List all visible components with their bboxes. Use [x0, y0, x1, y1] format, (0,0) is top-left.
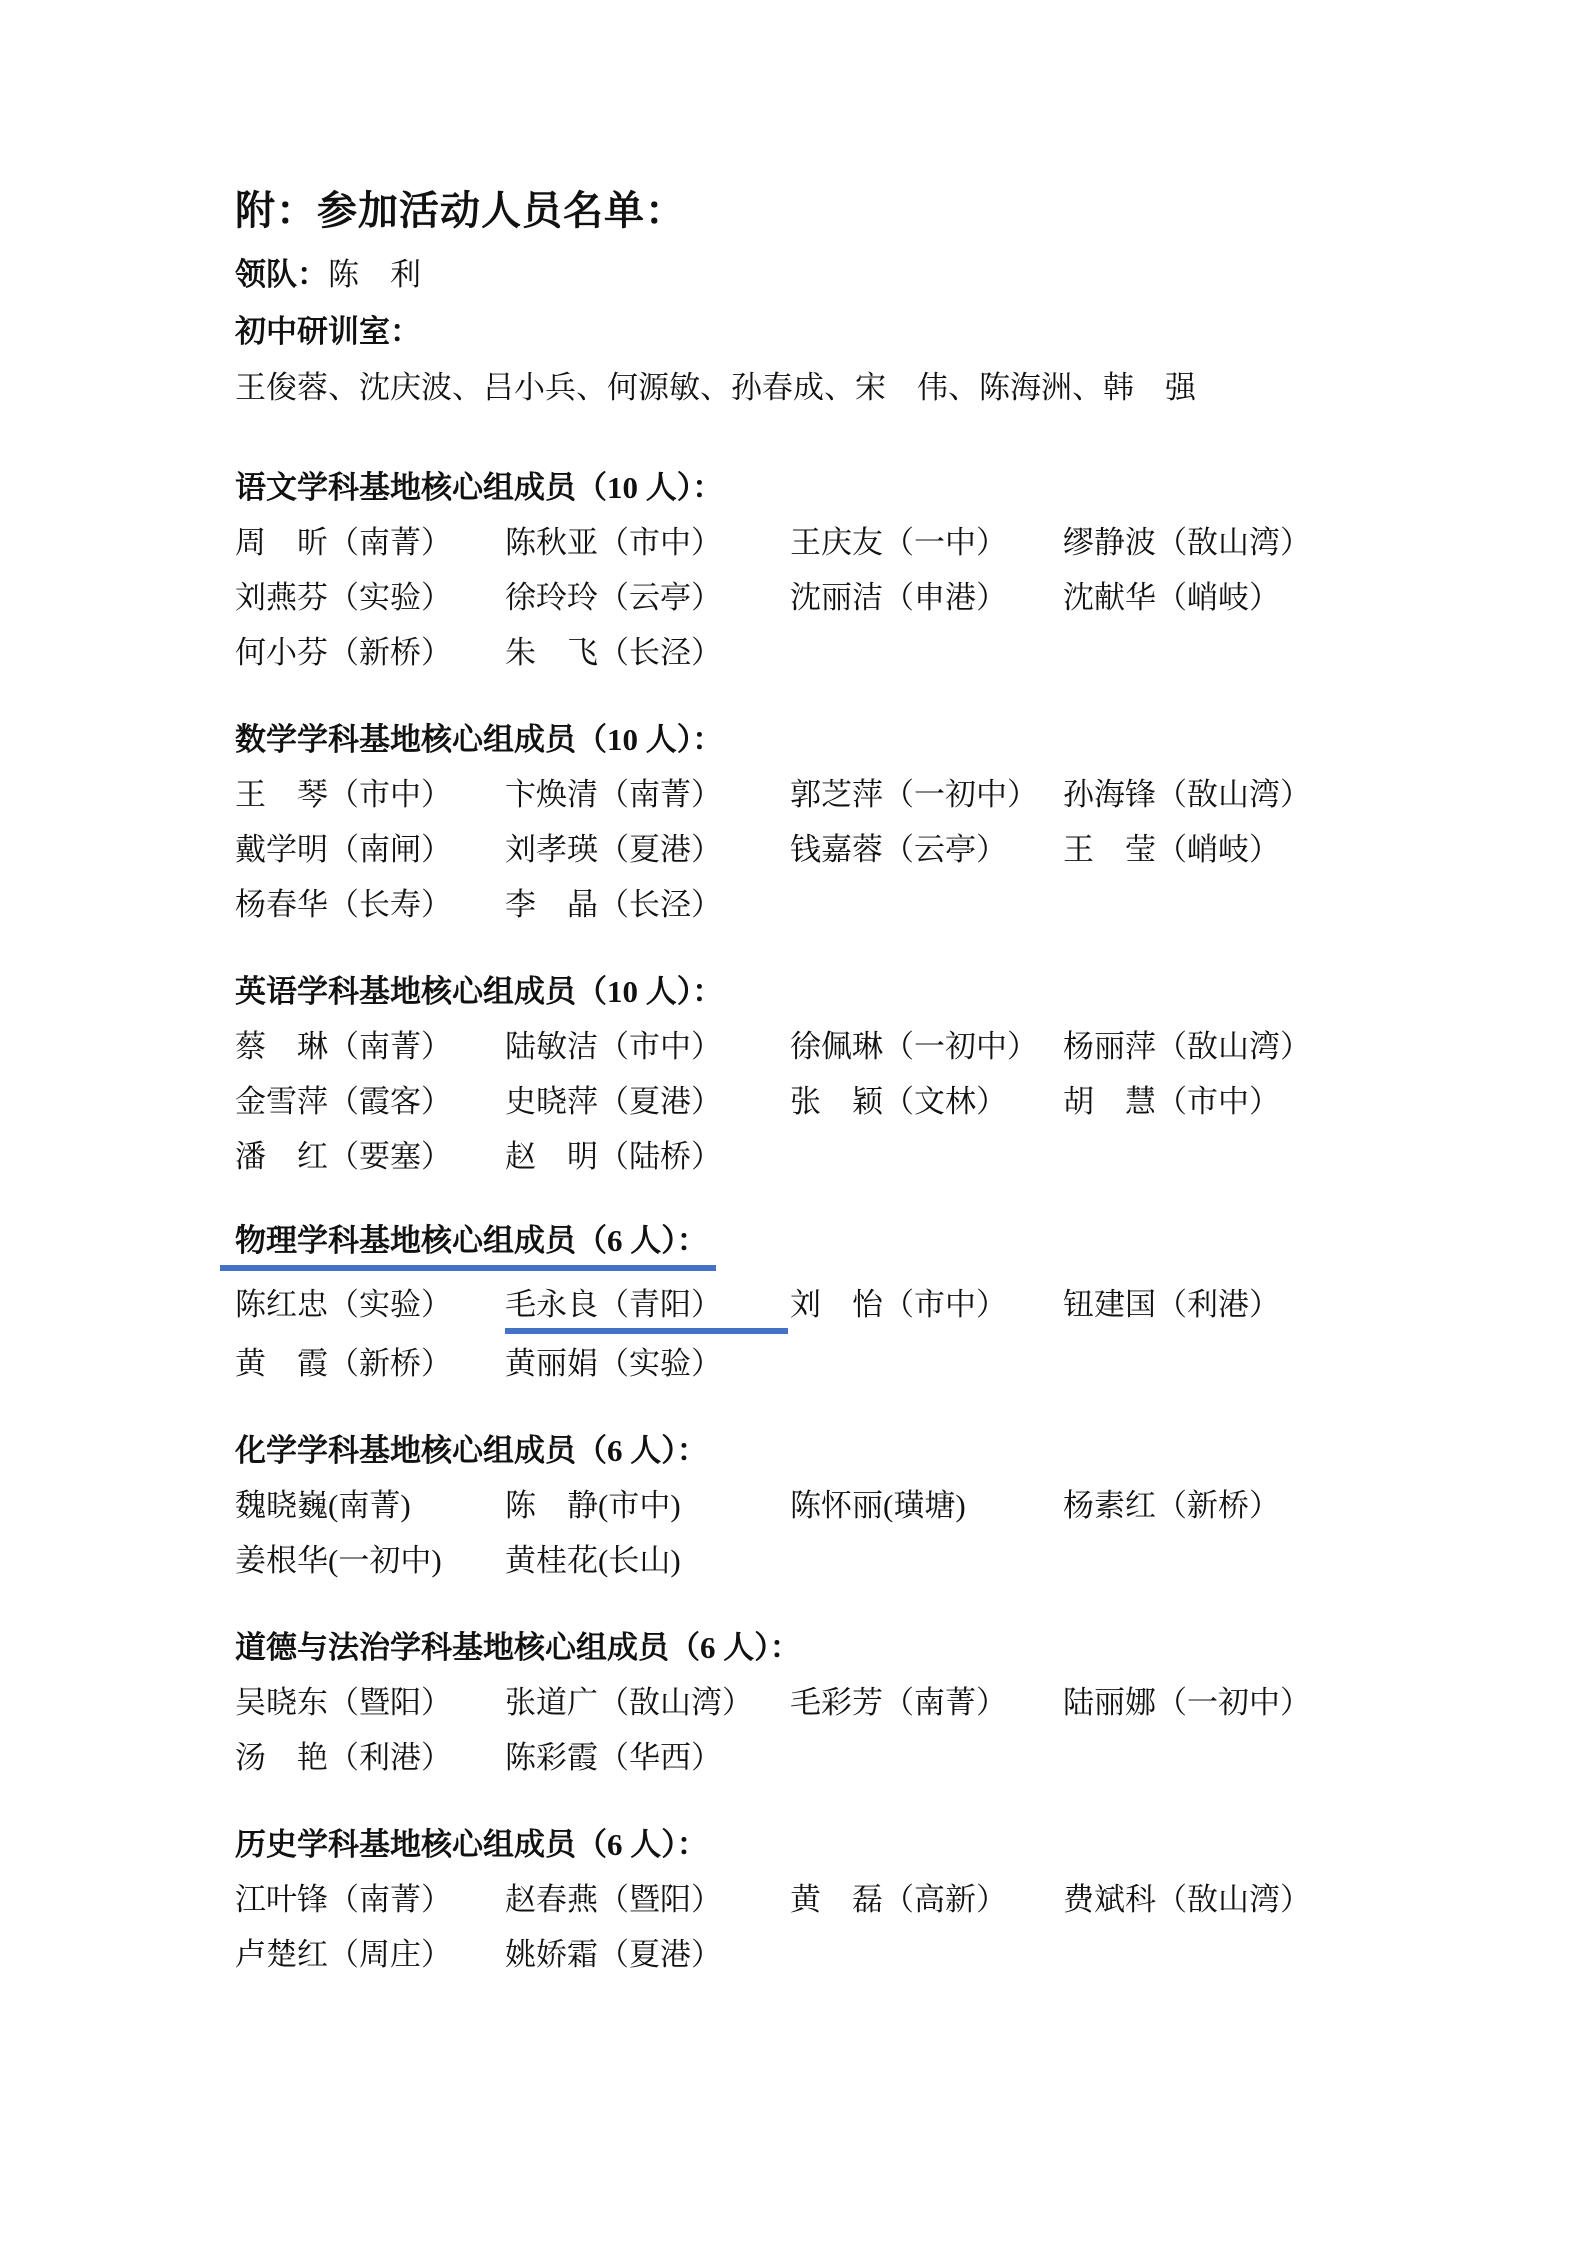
section-heading: 英语学科基地核心组成员（10 人）： [235, 964, 1468, 1019]
page-title: 附：参加活动人员名单： [235, 186, 1468, 236]
member-name: 王庆友（一中） [790, 525, 1007, 560]
member-cell: 钮建国（利港） [1063, 1277, 1468, 1336]
member-name: 沈丽洁（申港） [790, 580, 1007, 615]
member-name: 赵春燕（暨阳） [505, 1882, 722, 1917]
member-name: 孙海锋（敔山湾） [1063, 777, 1311, 812]
member-cell [1063, 1533, 1468, 1588]
member-row: 江叶锋（南菁）赵春燕（暨阳）黄 磊（高新）费斌科（敔山湾） [235, 1872, 1468, 1927]
member-cell: 戴学明（南闸） [235, 822, 505, 877]
member-cell: 何小芬（新桥） [235, 625, 505, 680]
member-cell: 蔡 琳（南菁） [235, 1019, 505, 1074]
member-name: 姜根华(一初中) [235, 1543, 442, 1578]
office-members: 王俊蓉、沈庆波、吕小兵、何源敏、孙春成、宋 伟、陈海洲、韩 强 [235, 365, 1468, 412]
member-cell: 黄 磊（高新） [790, 1872, 1063, 1927]
member-cell: 黄 霞（新桥） [235, 1336, 505, 1391]
member-row: 周 昕（南菁）陈秋亚（市中）王庆友（一中）缪静波（敔山湾） [235, 515, 1468, 570]
member-name: 何小芬（新桥） [235, 635, 452, 670]
member-name: 吴晓东（暨阳） [235, 1685, 452, 1720]
member-row: 刘燕芬（实验）徐玲玲（云亭）沈丽洁（申港）沈献华（峭岐） [235, 570, 1468, 625]
member-name: 杨素红（新桥） [1063, 1488, 1280, 1523]
member-cell [790, 1730, 1063, 1785]
member-row: 杨春华（长寿）李 晶（长泾） [235, 877, 1468, 932]
member-name: 史晓萍（夏港） [505, 1084, 722, 1119]
member-cell: 周 昕（南菁） [235, 515, 505, 570]
member-name: 毛彩芳（南菁） [790, 1685, 1007, 1720]
member-cell: 卢楚红（周庄） [235, 1927, 505, 1982]
member-cell: 史晓萍（夏港） [505, 1074, 790, 1129]
member-name: 刘 怡（市中） [790, 1287, 1007, 1322]
member-name: 张 颖（文林） [790, 1084, 1007, 1119]
member-name: 刘孝瑛（夏港） [505, 832, 722, 867]
member-cell: 李 晶（长泾） [505, 877, 790, 932]
member-cell: 卞焕清（南菁） [505, 767, 790, 822]
member-section: 历史学科基地核心组成员（6 人）：江叶锋（南菁）赵春燕（暨阳）黄 磊（高新）费斌… [235, 1817, 1468, 1982]
member-cell: 陆丽娜（一初中） [1063, 1675, 1468, 1730]
member-cell: 王 琴（市中） [235, 767, 505, 822]
member-cell: 王 莹（峭岐） [1063, 822, 1468, 877]
member-cell: 陆敏洁（市中） [505, 1019, 790, 1074]
member-cell: 陈怀丽(璜塘) [790, 1478, 1063, 1533]
member-name: 陈怀丽(璜塘) [790, 1488, 966, 1523]
member-cell [790, 1129, 1063, 1184]
member-name: 沈献华（峭岐） [1063, 580, 1280, 615]
member-row: 何小芬（新桥）朱 飞（长泾） [235, 625, 1468, 680]
member-cell: 汤 艳（利港） [235, 1730, 505, 1785]
member-cell: 赵 明（陆桥） [505, 1129, 790, 1184]
document-page: 附：参加活动人员名单： 领队：陈 利 初中研训室： 王俊蓉、沈庆波、吕小兵、何源… [0, 0, 1588, 2245]
member-cell: 陈红忠（实验） [235, 1277, 505, 1336]
member-name: 周 昕（南菁） [235, 525, 452, 560]
member-section: 英语学科基地核心组成员（10 人）：蔡 琳（南菁）陆敏洁（市中）徐佩琳（一初中）… [235, 964, 1468, 1184]
member-name: 王 莹（峭岐） [1063, 832, 1280, 867]
member-section: 数学学科基地核心组成员（10 人）：王 琴（市中）卞焕清（南菁）郭芝萍（一初中）… [235, 712, 1468, 932]
member-cell: 孙海锋（敔山湾） [1063, 767, 1468, 822]
member-cell: 毛彩芳（南菁） [790, 1675, 1063, 1730]
member-row: 魏晓巍(南菁)陈 静(市中)陈怀丽(璜塘)杨素红（新桥） [235, 1478, 1468, 1533]
member-section: 物理学科基地核心组成员（6 人）：陈红忠（实验）毛永良（青阳）刘 怡（市中）钮建… [235, 1184, 1468, 1391]
member-name: 黄 磊（高新） [790, 1882, 1007, 1917]
member-name: 陆敏洁（市中） [505, 1029, 722, 1064]
member-name: 张道广（敔山湾） [505, 1685, 753, 1720]
member-name: 陈彩霞（华西） [505, 1740, 722, 1775]
member-cell [790, 1336, 1063, 1391]
member-cell: 魏晓巍(南菁) [235, 1478, 505, 1533]
member-cell: 朱 飞（长泾） [505, 625, 790, 680]
member-name: 潘 红（要塞） [235, 1139, 452, 1174]
section-heading: 数学学科基地核心组成员（10 人）： [235, 712, 1468, 767]
member-cell: 沈丽洁（申港） [790, 570, 1063, 625]
member-cell: 王庆友（一中） [790, 515, 1063, 570]
member-name: 钮建国（利港） [1063, 1287, 1280, 1322]
section-heading: 历史学科基地核心组成员（6 人）： [235, 1817, 1468, 1872]
member-cell: 胡 慧（市中） [1063, 1074, 1468, 1129]
member-cell [1063, 625, 1468, 680]
member-cell: 杨丽萍（敔山湾） [1063, 1019, 1468, 1074]
member-cell: 杨素红（新桥） [1063, 1478, 1468, 1533]
member-row: 吴晓东（暨阳）张道广（敔山湾）毛彩芳（南菁）陆丽娜（一初中） [235, 1675, 1468, 1730]
member-row: 卢楚红（周庄）姚娇霜（夏港） [235, 1927, 1468, 1982]
member-name: 魏晓巍(南菁) [235, 1488, 411, 1523]
member-cell: 刘孝瑛（夏港） [505, 822, 790, 877]
leader-line: 领队：陈 利 [235, 252, 1468, 299]
member-name: 胡 慧（市中） [1063, 1084, 1280, 1119]
member-cell: 张 颖（文林） [790, 1074, 1063, 1129]
member-name: 徐佩琳（一初中） [790, 1029, 1038, 1064]
member-cell [1063, 1129, 1468, 1184]
member-cell [1063, 1336, 1468, 1391]
member-cell: 姚娇霜（夏港） [505, 1927, 790, 1982]
member-name: 费斌科（敔山湾） [1063, 1882, 1311, 1917]
member-name: 陈秋亚（市中） [505, 525, 722, 560]
member-cell: 陈 静(市中) [505, 1478, 790, 1533]
member-name: 王 琴（市中） [235, 777, 452, 812]
member-name: 李 晶（长泾） [505, 887, 722, 922]
leader-label: 领队： [235, 257, 328, 292]
member-cell [790, 625, 1063, 680]
member-cell: 金雪萍（霞客） [235, 1074, 505, 1129]
member-name: 黄 霞（新桥） [235, 1346, 452, 1381]
member-name: 徐玲玲（云亭） [505, 580, 722, 615]
member-cell: 沈献华（峭岐） [1063, 570, 1468, 625]
member-name: 戴学明（南闸） [235, 832, 452, 867]
member-name: 黄丽娟（实验） [505, 1346, 722, 1381]
member-row: 黄 霞（新桥）黄丽娟（实验） [235, 1336, 1468, 1391]
member-cell: 吴晓东（暨阳） [235, 1675, 505, 1730]
member-name: 缪静波（敔山湾） [1063, 525, 1311, 560]
member-name: 陆丽娜（一初中） [1063, 1685, 1311, 1720]
member-cell: 陈秋亚（市中） [505, 515, 790, 570]
member-row: 戴学明（南闸）刘孝瑛（夏港）钱嘉蓉（云亭）王 莹（峭岐） [235, 822, 1468, 877]
member-section: 化学学科基地核心组成员（6 人）：魏晓巍(南菁)陈 静(市中)陈怀丽(璜塘)杨素… [235, 1423, 1468, 1588]
member-name: 陈红忠（实验） [235, 1287, 452, 1322]
member-cell [1063, 1927, 1468, 1982]
member-name: 杨丽萍（敔山湾） [1063, 1029, 1311, 1064]
section-heading: 道德与法治学科基地核心组成员（6 人）： [235, 1620, 1468, 1675]
member-cell: 毛永良（青阳） [505, 1277, 790, 1336]
member-row: 陈红忠（实验）毛永良（青阳）刘 怡（市中）钮建国（利港） [235, 1277, 1468, 1336]
leader-name: 陈 利 [328, 257, 421, 292]
office-label: 初中研训室： [235, 309, 1468, 356]
member-name: 毛永良（青阳） [505, 1281, 788, 1334]
member-cell: 费斌科（敔山湾） [1063, 1872, 1468, 1927]
member-row: 蔡 琳（南菁）陆敏洁（市中）徐佩琳（一初中）杨丽萍（敔山湾） [235, 1019, 1468, 1074]
member-cell: 刘 怡（市中） [790, 1277, 1063, 1336]
member-name: 朱 飞（长泾） [505, 635, 722, 670]
member-row: 姜根华(一初中)黄桂花(长山) [235, 1533, 1468, 1588]
member-name: 蔡 琳（南菁） [235, 1029, 452, 1064]
member-cell: 徐佩琳（一初中） [790, 1019, 1063, 1074]
member-name: 姚娇霜（夏港） [505, 1937, 722, 1972]
member-section: 语文学科基地核心组成员（10 人）：周 昕（南菁）陈秋亚（市中）王庆友（一中）缪… [235, 460, 1468, 680]
member-cell: 郭芝萍（一初中） [790, 767, 1063, 822]
member-cell: 杨春华（长寿） [235, 877, 505, 932]
member-row: 王 琴（市中）卞焕清（南菁）郭芝萍（一初中）孙海锋（敔山湾） [235, 767, 1468, 822]
member-cell: 黄桂花(长山) [505, 1533, 790, 1588]
member-cell: 钱嘉蓉（云亭） [790, 822, 1063, 877]
member-name: 金雪萍（霞客） [235, 1084, 452, 1119]
section-heading: 语文学科基地核心组成员（10 人）： [235, 460, 1468, 515]
member-name: 钱嘉蓉（云亭） [790, 832, 1007, 867]
member-cell: 赵春燕（暨阳） [505, 1872, 790, 1927]
member-row: 汤 艳（利港）陈彩霞（华西） [235, 1730, 1468, 1785]
member-cell: 江叶锋（南菁） [235, 1872, 505, 1927]
member-row: 金雪萍（霞客）史晓萍（夏港）张 颖（文林）胡 慧（市中） [235, 1074, 1468, 1129]
member-cell [1063, 877, 1468, 932]
member-section: 道德与法治学科基地核心组成员（6 人）：吴晓东（暨阳）张道广（敔山湾）毛彩芳（南… [235, 1620, 1468, 1785]
member-name: 杨春华（长寿） [235, 887, 452, 922]
member-name: 陈 静(市中) [505, 1488, 681, 1523]
member-cell: 姜根华(一初中) [235, 1533, 505, 1588]
member-cell [790, 877, 1063, 932]
member-name: 江叶锋（南菁） [235, 1882, 452, 1917]
member-cell: 缪静波（敔山湾） [1063, 515, 1468, 570]
member-cell: 刘燕芬（实验） [235, 570, 505, 625]
member-cell [790, 1927, 1063, 1982]
member-cell: 张道广（敔山湾） [505, 1675, 790, 1730]
member-name: 汤 艳（利港） [235, 1740, 452, 1775]
member-cell [1063, 1730, 1468, 1785]
member-name: 郭芝萍（一初中） [790, 777, 1038, 812]
member-name: 赵 明（陆桥） [505, 1139, 722, 1174]
member-cell: 潘 红（要塞） [235, 1129, 505, 1184]
member-cell: 徐玲玲（云亭） [505, 570, 790, 625]
member-name: 刘燕芬（实验） [235, 580, 452, 615]
section-heading: 化学学科基地核心组成员（6 人）： [235, 1423, 1468, 1478]
member-name: 卢楚红（周庄） [235, 1937, 452, 1972]
member-name: 卞焕清（南菁） [505, 777, 722, 812]
member-name: 黄桂花(长山) [505, 1543, 681, 1578]
member-cell: 黄丽娟（实验） [505, 1336, 790, 1391]
sections: 语文学科基地核心组成员（10 人）：周 昕（南菁）陈秋亚（市中）王庆友（一中）缪… [235, 460, 1468, 1982]
member-cell [790, 1533, 1063, 1588]
section-heading: 物理学科基地核心组成员（6 人）： [220, 1216, 716, 1271]
member-cell: 陈彩霞（华西） [505, 1730, 790, 1785]
member-row: 潘 红（要塞）赵 明（陆桥） [235, 1129, 1468, 1184]
